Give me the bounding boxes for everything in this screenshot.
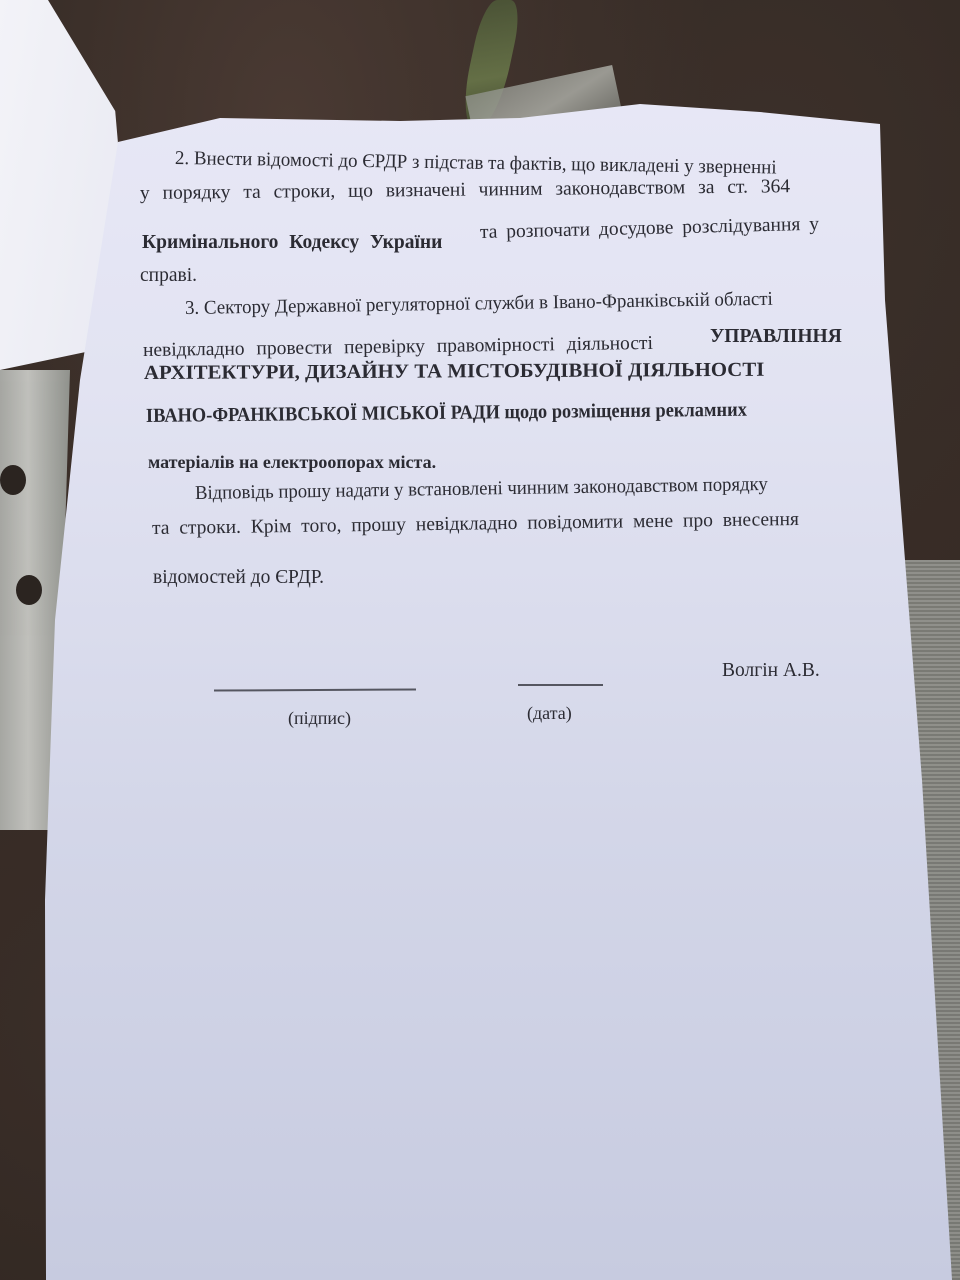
punch-hole — [0, 465, 26, 495]
paragraph-3-line-3-bold: АРХІТЕКТУРИ, ДИЗАЙНУ ТА МІСТОБУДІВНОЇ ДІ… — [144, 359, 764, 385]
paragraph-3-line-5-bold: матеріалів на електроопорах міста. — [148, 452, 436, 473]
date-line — [518, 684, 603, 686]
signature-label: (підпис) — [288, 708, 351, 729]
punch-hole — [16, 575, 42, 605]
closing-line-3: відомостей до ЄРДР. — [153, 567, 324, 589]
paragraph-2-line-4: справі. — [140, 265, 197, 287]
paragraph-3-line-2-bold: УПРАВЛІННЯ — [710, 326, 842, 348]
date-label: (дата) — [527, 703, 572, 724]
paragraph-2-line-3-bold: Кримінального Кодексу України — [142, 232, 442, 254]
signatory-name: Волгін А.В. — [722, 660, 820, 682]
